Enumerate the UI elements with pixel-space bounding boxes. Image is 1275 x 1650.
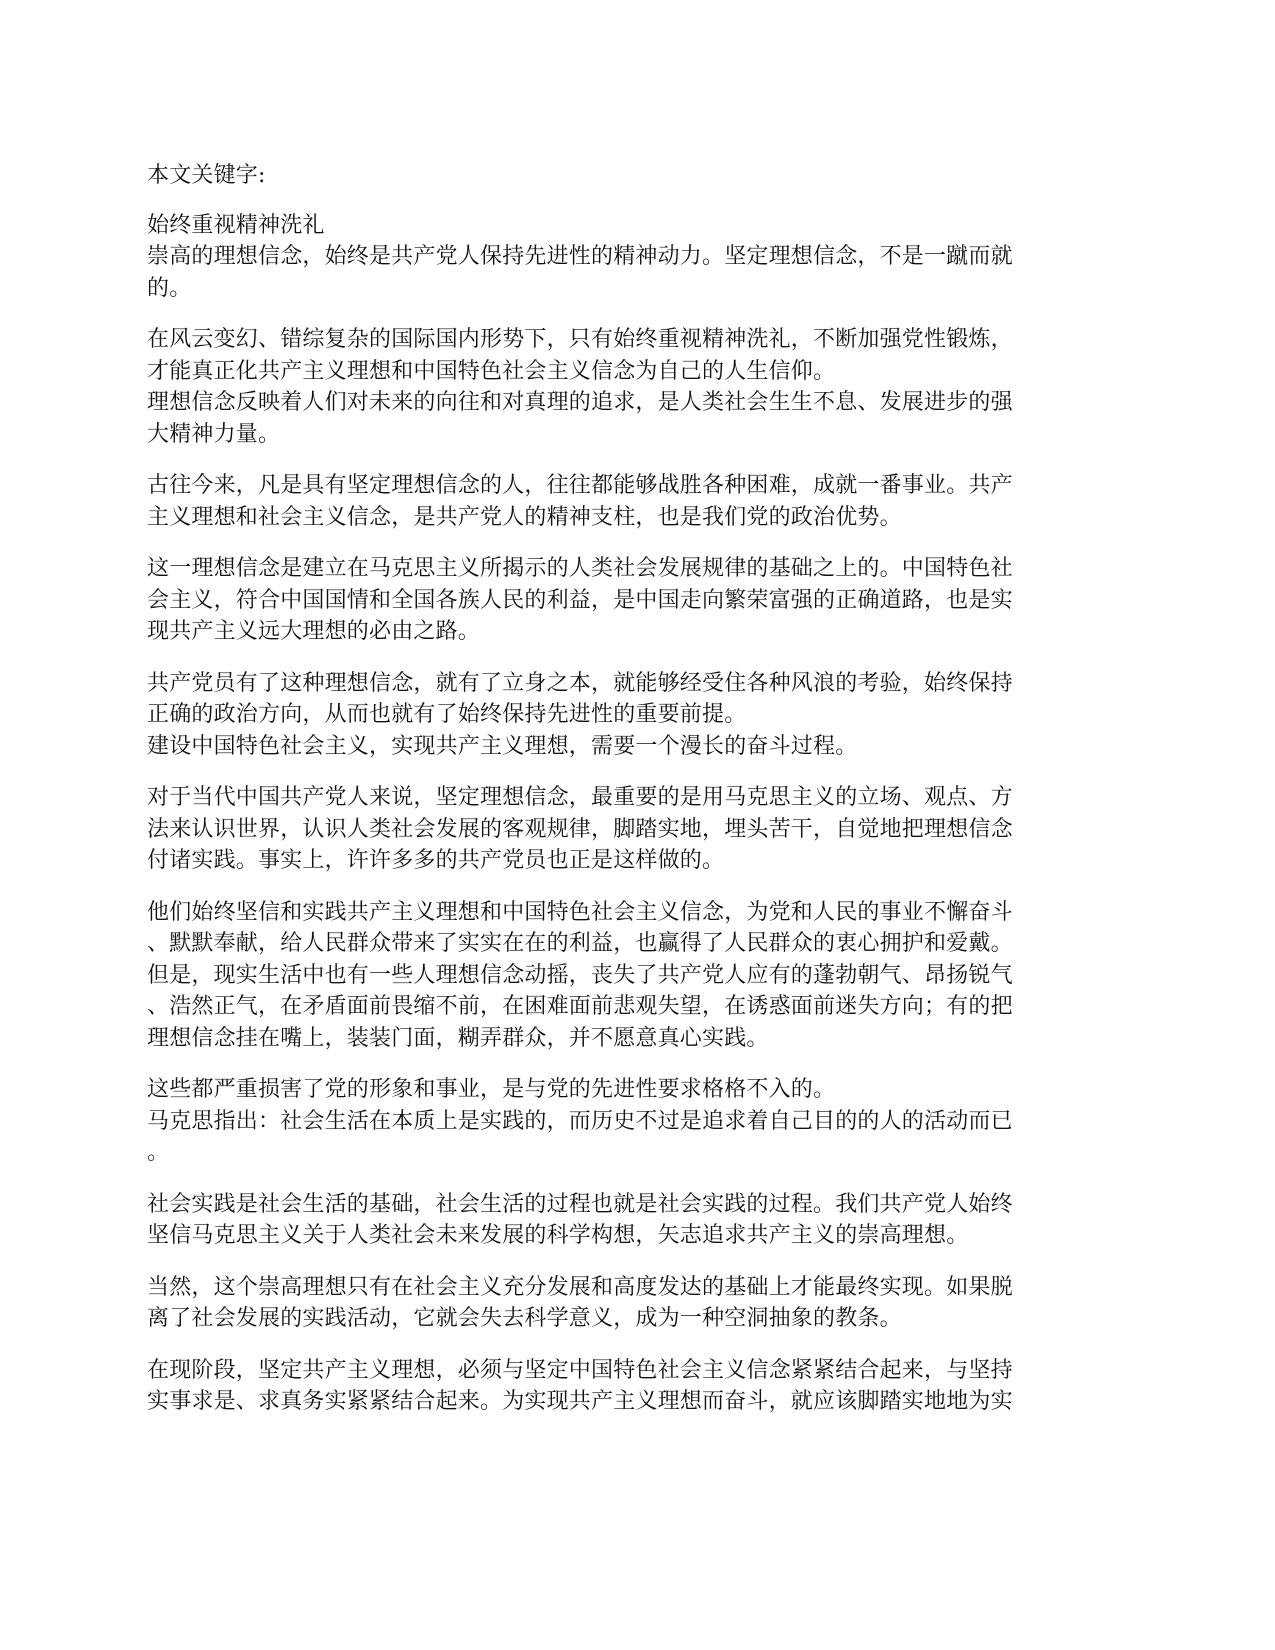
text-line: 这些都严重损害了党的形象和事业，是与党的先进性要求格格不入的。 — [147, 1074, 1072, 1106]
text-line: 始终重视精神洗礼 — [147, 210, 1072, 242]
paragraph: 对于当代中国共产党人来说，坚定理想信念，最重要的是用马克思主义的立场、观点、方法… — [147, 782, 1072, 877]
text-line: 共产党员有了这种理想信念，就有了立身之本，就能够经受住各种风浪的考验，始终保持 — [147, 668, 1072, 700]
paragraph: 在现阶段，坚定共产主义理想，必须与坚定中国特色社会主义信念紧紧结合起来，与坚持实… — [147, 1355, 1072, 1418]
text-line: 古往今来，凡是具有坚定理想信念的人，往往都能够战胜各种困难，成就一番事业。共产 — [147, 470, 1072, 502]
paragraph: 共产党员有了这种理想信念，就有了立身之本，就能够经受住各种风浪的考验，始终保持正… — [147, 668, 1072, 731]
text-line: 大精神力量。 — [147, 419, 1072, 451]
text-line: 在风云变幻、错综复杂的国际国内形势下，只有始终重视精神洗礼，不断加强党性锻炼， — [147, 324, 1072, 356]
text-line: 当然，这个崇高理想只有在社会主义充分发展和高度发达的基础上才能最终实现。如果脱 — [147, 1272, 1072, 1304]
paragraph: 马克思指出：社会生活在本质上是实践的，而历史不过是追求着自己目的的人的活动而已。 — [147, 1106, 1072, 1169]
paragraph: 他们始终坚信和实践共产主义理想和中国特色社会主义信念，为党和人民的事业不懈奋斗、… — [147, 897, 1072, 960]
text-line: 正确的政治方向，从而也就有了始终保持先进性的重要前提。 — [147, 699, 1072, 731]
document-page: 本文关键字: 始终重视精神洗礼崇高的理想信念，始终是共产党人保持先进性的精神动力… — [147, 160, 1072, 1438]
text-line: 法来认识世界，认识人类社会发展的客观规律，脚踏实地，埋头苦干，自觉地把理想信念 — [147, 814, 1072, 846]
text-line: 理想信念反映着人们对未来的向往和对真理的追求，是人类社会生生不息、发展进步的强 — [147, 387, 1072, 419]
text-line: 才能真正化共产主义理想和中国特色社会主义信念为自己的人生信仰。 — [147, 356, 1072, 388]
text-line: 会主义，符合中国国情和全国各族人民的利益，是中国走向繁荣富强的正确道路，也是实 — [147, 585, 1072, 617]
paragraph: 这一理想信念是建立在马克思主义所揭示的人类社会发展规律的基础之上的。中国特色社会… — [147, 553, 1072, 648]
paragraph: 当然，这个崇高理想只有在社会主义充分发展和高度发达的基础上才能最终实现。如果脱离… — [147, 1272, 1072, 1335]
text-line: 理想信念挂在嘴上，装装门面，糊弄群众，并不愿意真心实践。 — [147, 1023, 1072, 1055]
paragraph: 古往今来，凡是具有坚定理想信念的人，往往都能够战胜各种困难，成就一番事业。共产主… — [147, 470, 1072, 533]
text-line: 建设中国特色社会主义，实现共产主义理想，需要一个漫长的奋斗过程。 — [147, 731, 1072, 763]
paragraph: 这些都严重损害了党的形象和事业，是与党的先进性要求格格不入的。 — [147, 1074, 1072, 1106]
text-line: 他们始终坚信和实践共产主义理想和中国特色社会主义信念，为党和人民的事业不懈奋斗 — [147, 897, 1072, 929]
paragraph: 始终重视精神洗礼 — [147, 210, 1072, 242]
text-line: 主义理想和社会主义信念，是共产党人的精神支柱，也是我们党的政治优势。 — [147, 502, 1072, 534]
text-line: 社会实践是社会生活的基础，社会生活的过程也就是社会实践的过程。我们共产党人始终 — [147, 1189, 1072, 1221]
paragraph: 理想信念反映着人们对未来的向往和对真理的追求，是人类社会生生不息、发展进步的强大… — [147, 387, 1072, 450]
text-line: 崇高的理想信念，始终是共产党人保持先进性的精神动力。坚定理想信念，不是一蹴而就 — [147, 241, 1072, 273]
text-line: 、浩然正气，在矛盾面前畏缩不前，在困难面前悲观失望，在诱惑面前迷失方向；有的把 — [147, 991, 1072, 1023]
text-line: 、默默奉献，给人民群众带来了实实在在的利益，也赢得了人民群众的衷心拥护和爱戴。 — [147, 928, 1072, 960]
text-line: 这一理想信念是建立在马克思主义所揭示的人类社会发展规律的基础之上的。中国特色社 — [147, 553, 1072, 585]
text-line: 离了社会发展的实践活动，它就会失去科学意义，成为一种空洞抽象的教条。 — [147, 1303, 1072, 1335]
text-line: 坚信马克思主义关于人类社会未来发展的科学构想，矢志追求共产主义的崇高理想。 — [147, 1220, 1072, 1252]
paragraph: 建设中国特色社会主义，实现共产主义理想，需要一个漫长的奋斗过程。 — [147, 731, 1072, 763]
text-line: 马克思指出：社会生活在本质上是实践的，而历史不过是追求着自己目的的人的活动而已 — [147, 1106, 1072, 1138]
keywords-label: 本文关键字: — [147, 160, 1072, 192]
text-line: 但是，现实生活中也有一些人理想信念动摇，丧失了共产党人应有的蓬勃朝气、昂扬锐气 — [147, 960, 1072, 992]
text-line: 的。 — [147, 273, 1072, 305]
text-line: 实事求是、求真务实紧紧结合起来。为实现共产主义理想而奋斗，就应该脚踏实地地为实 — [147, 1386, 1072, 1418]
paragraph: 在风云变幻、错综复杂的国际国内形势下，只有始终重视精神洗礼，不断加强党性锻炼，才… — [147, 324, 1072, 387]
text-line: 对于当代中国共产党人来说，坚定理想信念，最重要的是用马克思主义的立场、观点、方 — [147, 782, 1072, 814]
paragraph: 崇高的理想信念，始终是共产党人保持先进性的精神动力。坚定理想信念，不是一蹴而就的… — [147, 241, 1072, 304]
text-line: 付诸实践。事实上，许许多多的共产党员也正是这样做的。 — [147, 845, 1072, 877]
paragraph: 社会实践是社会生活的基础，社会生活的过程也就是社会实践的过程。我们共产党人始终坚… — [147, 1189, 1072, 1252]
document-body: 始终重视精神洗礼崇高的理想信念，始终是共产党人保持先进性的精神动力。坚定理想信念… — [147, 210, 1072, 1418]
text-line: 在现阶段，坚定共产主义理想，必须与坚定中国特色社会主义信念紧紧结合起来，与坚持 — [147, 1355, 1072, 1387]
paragraph: 但是，现实生活中也有一些人理想信念动摇，丧失了共产党人应有的蓬勃朝气、昂扬锐气、… — [147, 960, 1072, 1055]
text-line: 现共产主义远大理想的必由之路。 — [147, 616, 1072, 648]
text-line: 。 — [147, 1137, 1072, 1169]
